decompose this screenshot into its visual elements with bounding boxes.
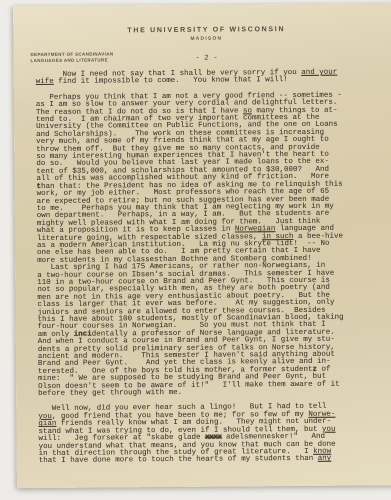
- letter-body: Now I need not say that I shall be very …: [36, 69, 389, 465]
- letterhead-university: THE UNIVERSITY OF WISCONSIN: [13, 25, 391, 35]
- page-number: - 2 -: [14, 53, 391, 64]
- letter-line: before they get through with me.: [38, 388, 388, 398]
- underlined-text-segment: wife: [36, 78, 54, 86]
- underlined-text-segment: any: [318, 455, 332, 463]
- paragraph: Perhaps you think that I am not a very g…: [36, 92, 387, 265]
- paragraph: Now I need not say that I shall be very …: [36, 69, 386, 87]
- letter-page: THE UNIVERSITY OF WISCONSIN MADISON DEPA…: [13, 3, 391, 488]
- letter-line: wife find it impossible to come. You kno…: [36, 77, 386, 87]
- text-segment: before they get through with me.: [38, 389, 182, 398]
- underlined-text-segment: and your: [301, 69, 337, 77]
- paragraph: Well now, did you ever hear such a lingo…: [38, 404, 388, 466]
- letterhead-city: MADISON: [13, 35, 391, 43]
- paragraph: Last spring I had 175 Americans, or rath…: [37, 262, 388, 398]
- letter-line: that I have done more to touch the heart…: [39, 456, 389, 466]
- text-segment: that I have done more to touch the heart…: [39, 455, 318, 465]
- text-segment: find it impossible to come. You know tha…: [54, 76, 288, 86]
- letter-photo: THE UNIVERSITY OF WISCONSIN MADISON DEPA…: [0, 0, 391, 500]
